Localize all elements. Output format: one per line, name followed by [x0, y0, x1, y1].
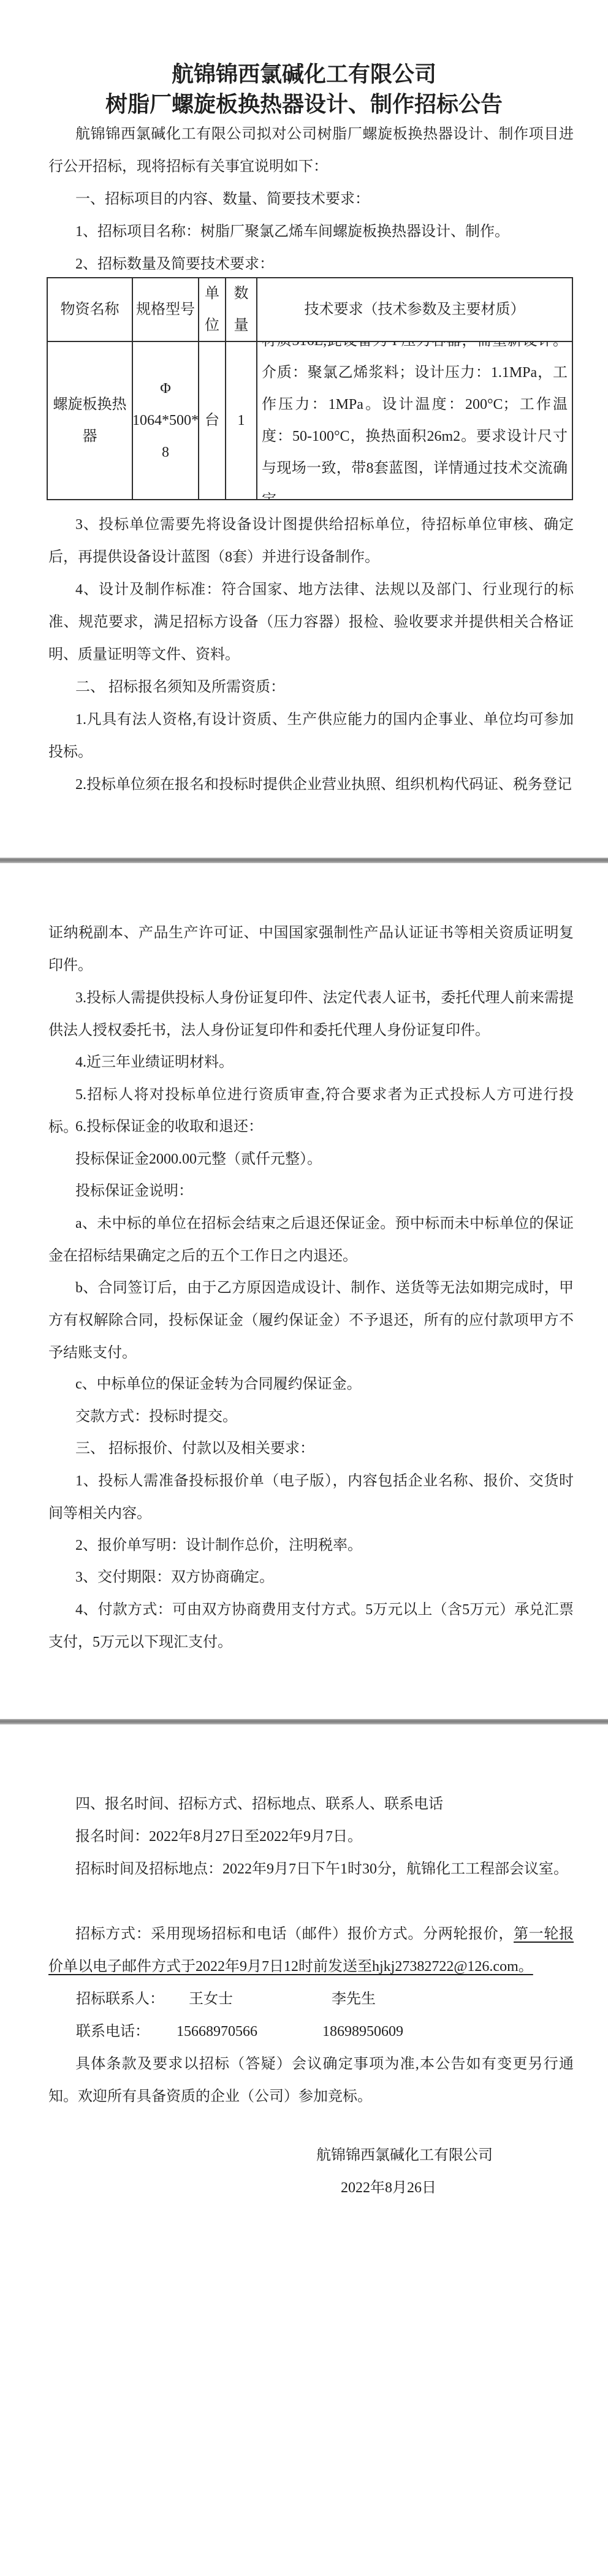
table-header-spec-model: 规格型号 — [133, 278, 199, 342]
deposit-note-c: c、中标单位的保证金转为合同履约保证金。 — [48, 1368, 574, 1401]
table-cell-material-name: 螺旋板换热器 — [48, 342, 133, 499]
signup-time: 报名时间：2022年8月27日至2022年9月7日。 — [48, 1821, 574, 1853]
contact-phone-2: 18698950609 — [322, 2016, 403, 2048]
section2-heading: 二、 招标报名须知及所需资质： — [48, 671, 574, 704]
section1-item1: 1、招标项目名称：树脂厂聚氯乙烯车间螺旋板换热器设计、制作。 — [48, 216, 574, 248]
section2-item2-part1: 2.投标单位须在报名和投标时提供企业营业执照、组织机构代码证、税务登记 — [48, 769, 574, 801]
bid-method-text: 招标方式：采用现场招标和电话（邮件）报价方式。分两轮报价， — [75, 1926, 514, 1942]
section3-item3: 3、交付期限：双方协商确定。 — [48, 1561, 574, 1594]
contact-phone-1: 15668970566 — [177, 2016, 257, 2048]
table-cell-unit: 台 — [199, 342, 226, 499]
contact-names-label: 招标联系人： — [76, 1983, 164, 2016]
tech-requirements-text: 材质316L,此设备为 I 压力容器，需重新设计。介质：聚氯乙烯浆料；设计压力：… — [262, 342, 568, 499]
document-title-project: 树脂厂螺旋板换热器设计、制作招标公告 — [0, 90, 608, 119]
footer-company-name: 航锦锦西氯碱化工有限公司 — [316, 2140, 493, 2172]
page-divider-1 — [0, 858, 608, 863]
table-cell-quantity: 1 — [226, 342, 257, 499]
table-header-material-name: 物资名称 — [48, 278, 133, 342]
footer-date: 2022年8月26日 — [341, 2172, 436, 2204]
bid-method-paragraph: 招标方式：采用现场招标和电话（邮件）报价方式。分两轮报价，第一轮报价单以电子邮件… — [48, 1918, 574, 1983]
section2-item1: 1.凡具有法人资格,有设计资质、生产供应能力的国内企事业、单位均可参加投标。 — [48, 704, 574, 769]
section2-item4: 4.近三年业绩证明材料。 — [48, 1046, 574, 1079]
document-title-company: 航锦锦西氯碱化工有限公司 — [0, 59, 608, 89]
intro-paragraph: 航锦锦西氯碱化工有限公司拟对公司树脂厂螺旋板换热器设计、制作项目进行公开招标，现… — [48, 118, 574, 183]
section2-item2-part2: 证纳税副本、产品生产许可证、中国国家强制性产品认证证书等相关资质证明复印件。 — [48, 917, 574, 982]
section1-heading: 一、招标项目的内容、数量、简要技术要求： — [48, 183, 574, 216]
section3-item2: 2、报价单写明：设计制作总价，注明税率。 — [48, 1530, 574, 1562]
deposit-payment-method: 交款方式：投标时提交。 — [48, 1401, 574, 1433]
spec-line-2: 1064*500* — [133, 405, 199, 436]
table-header-quantity: 数量 — [226, 278, 257, 342]
contact-names-row: 招标联系人： 王女士 李先生 — [48, 1983, 574, 2016]
closing-paragraph: 具体条款及要求以招标（答疑）会议确定事项为准,本公告如有变更另行通知。欢迎所有具… — [48, 2048, 574, 2113]
spec-line-3: 8 — [162, 436, 169, 468]
section1-item2: 2、招标数量及简要技术要求： — [48, 248, 574, 281]
table-cell-tech-requirements: 材质316L,此设备为 I 压力容器，需重新设计。介质：聚氯乙烯浆料；设计压力：… — [257, 342, 572, 499]
section4-heading: 四、报名时间、招标方式、招标地点、联系人、联系电话 — [48, 1788, 574, 1821]
deposit-amount: 投标保证金2000.00元整（贰仟元整）。 — [48, 1143, 574, 1176]
spec-line-1: Φ — [160, 373, 171, 405]
table-header-tech-requirements: 技术要求（技术参数及主要材质） — [257, 278, 572, 342]
section2-item6: 6.投标保证金的收取和退还： — [48, 1111, 574, 1143]
section3-item1: 1、投标人需准备投标报价单（电子版），内容包括企业名称、报价、交货时间等相关内容… — [48, 1465, 574, 1530]
table-cell-spec-model: Φ 1064*500* 8 — [133, 342, 199, 499]
contact-name-1: 王女士 — [189, 1983, 233, 2016]
section1-item3: 3、投标单位需要先将设备设计图提供给招标单位，待招标单位审核、确定后，再提供设备… — [48, 509, 574, 574]
deposit-note-a: a、未中标的单位在招标会结束之后退还保证金。预中标而未中标单位的保证金在招标结果… — [48, 1208, 574, 1273]
deposit-note-heading: 投标保证金说明： — [48, 1175, 574, 1208]
contact-name-2: 李先生 — [332, 1983, 376, 2016]
bid-time-place: 招标时间及招标地点：2022年9月7日下午1时30分，航锦化工工程部会议室。 — [48, 1853, 574, 1886]
deposit-note-b: b、合同签订后，由于乙方原因造成设计、制作、送货等无法如期完成时，甲方有权解除合… — [48, 1272, 574, 1370]
section3-heading: 三、 招标报价、付款以及相关要求： — [48, 1433, 574, 1465]
table-header-unit: 单位 — [199, 278, 226, 342]
section3-item4: 4、付款方式：可由双方协商费用支付方式。5万元以上（含5万元）承兑汇票支付，5万… — [48, 1594, 574, 1659]
section1-item4: 4、设计及制作标准：符合国家、地方法律、法规以及部门、行业现行的标准、规范要求，… — [48, 574, 574, 671]
section2-item3: 3.投标人需提供投标人身份证复印件、法定代表人证书，委托代理人前来需提供法人授权… — [48, 982, 574, 1047]
contact-phones-label: 联系电话： — [76, 2016, 150, 2048]
contact-phones-row: 联系电话： 15668970566 18698950609 — [48, 2016, 574, 2048]
tender-announcement-document: 航锦锦西氯碱化工有限公司 树脂厂螺旋板换热器设计、制作招标公告 航锦锦西氯碱化工… — [0, 0, 608, 2576]
page-divider-2 — [0, 1719, 608, 1724]
spec-table: 物资名称 规格型号 单位 数量 技术要求（技术参数及主要材质） 螺旋板换热器 Φ… — [47, 277, 573, 500]
